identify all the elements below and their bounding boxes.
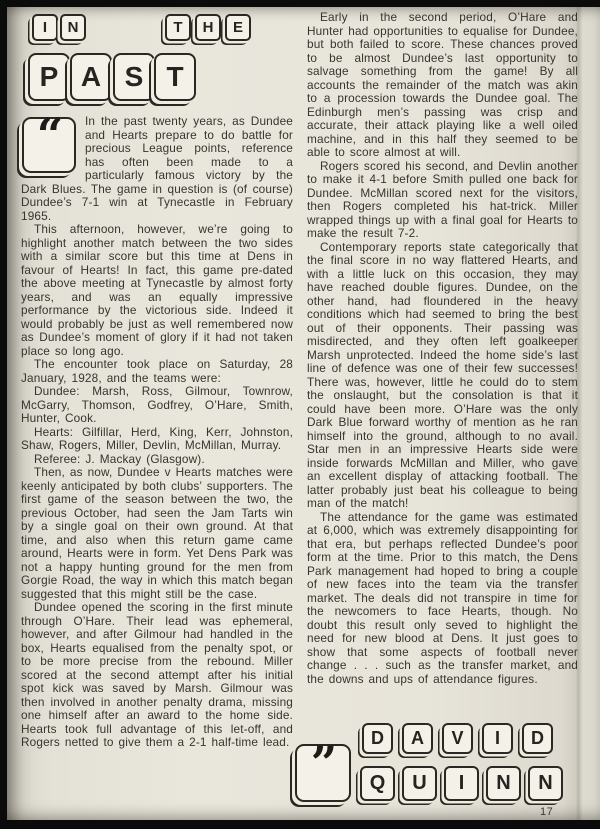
- keycap-byline-u: U: [402, 766, 437, 801]
- left-column: “ In the past twenty years, as Dundee an…: [21, 11, 293, 750]
- keycap-byline-d1: D: [362, 723, 393, 754]
- article-paragraph: The attendance for the game was estimate…: [307, 511, 578, 687]
- article-paragraph: Then, as now, Dundee v Hearts matches we…: [21, 466, 293, 601]
- article-paragraph: The encounter took place on Saturday, 28…: [21, 358, 293, 385]
- article-paragraph-referee: Referee: J. Mackay (Glasgow).: [21, 453, 293, 467]
- open-quote-icon: “: [22, 117, 76, 173]
- article-paragraph-hearts-lineup: Hearts: Gilfillar, Herd, King, Kerr, Joh…: [21, 426, 293, 453]
- article-paragraph: Contemporary reports state categorically…: [307, 241, 578, 511]
- opening-quote-keycap: “: [21, 115, 85, 181]
- keycap-byline-a: A: [402, 723, 433, 754]
- keycap-byline-q: Q: [360, 766, 395, 801]
- article-paragraph: Rogers scored his second, and Devlin ano…: [307, 160, 578, 241]
- keycap-byline-d2: D: [522, 723, 553, 754]
- article-paragraph-dundee-lineup: Dundee: Marsh, Ross, Gilmour, Townrow, M…: [21, 385, 293, 426]
- article-paragraph: Early in the second period, O’Hare and H…: [307, 11, 578, 160]
- close-quote-icon: ”: [295, 744, 351, 802]
- page-number: 17: [540, 806, 553, 818]
- article-paragraph: Dundee opened the scoring in the first m…: [21, 601, 293, 750]
- keycap-byline-i2: I: [444, 766, 479, 801]
- keycap-byline-v: V: [442, 723, 473, 754]
- article-paragraph: This afternoon, however, we’re going to …: [21, 223, 293, 358]
- keycap-byline-n1: N: [486, 766, 521, 801]
- keycap-byline-i: I: [482, 723, 513, 754]
- magazine-page: I N T H E P A S T “ In the past twenty y…: [7, 7, 600, 820]
- keycap-byline-n2: N: [528, 766, 563, 801]
- right-column: Early in the second period, O’Hare and H…: [307, 11, 578, 686]
